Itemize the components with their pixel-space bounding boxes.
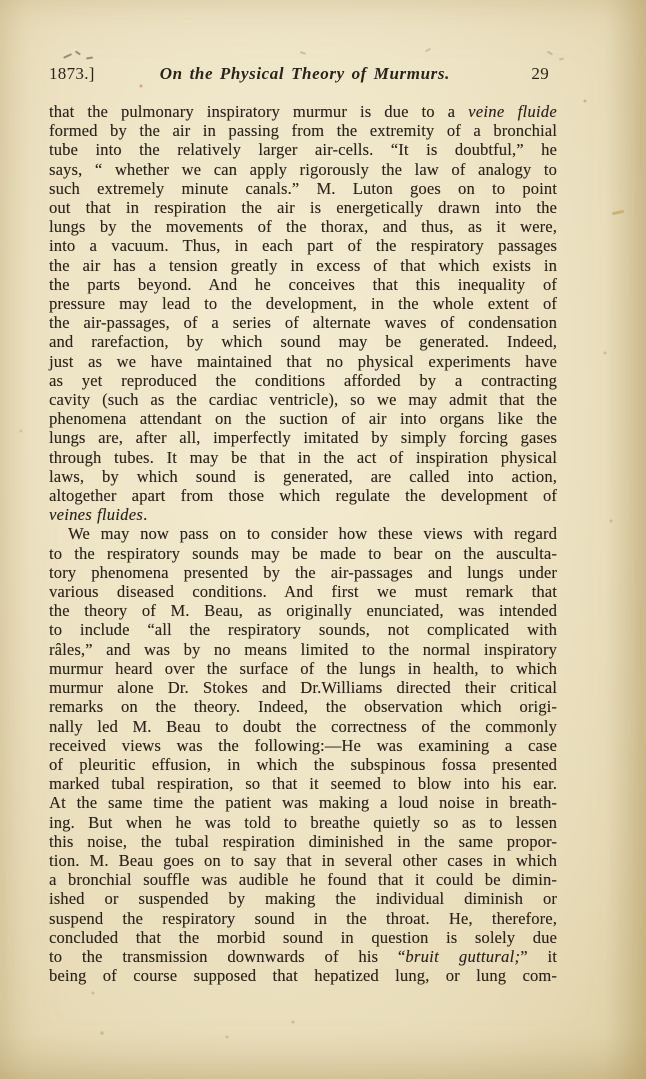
text-line: a bronchial souffle was audible he found… <box>49 870 557 889</box>
text-line: tion. M. Beau goes on to say that in sev… <box>49 851 557 870</box>
text-line: ing. But when he was told to breathe qui… <box>49 813 557 832</box>
text-line: being of course supposed that hepatized … <box>49 966 557 985</box>
text-line: concluded that the morbid sound in quest… <box>49 928 557 947</box>
pencil-mark <box>86 57 93 60</box>
text-line: various diseased conditions. And first w… <box>49 582 557 601</box>
text-line: out that in respiration the air is energ… <box>49 198 557 217</box>
text-line: and rarefaction, by which sound may be g… <box>49 332 557 351</box>
text-line: to the respiratory sounds may be made to… <box>49 544 557 563</box>
text-line: râles,” and was by no means limited to t… <box>49 640 557 659</box>
text-line: formed by the air in passing from the ex… <box>49 121 557 140</box>
page-header: 1873.] On the Physical Theory of Murmurs… <box>49 63 557 85</box>
paper-specks <box>0 0 2 2</box>
pencil-mark <box>63 53 72 58</box>
pencil-mark <box>425 48 431 52</box>
text-line: the theory of M. Beau, as originally enu… <box>49 601 557 620</box>
text-line: as yet reproduced the conditions afforde… <box>49 371 557 390</box>
text-line: tube into the relatively larger air-cell… <box>49 140 557 159</box>
text-line: pressure may lead to the development, in… <box>49 294 557 313</box>
text-line: lungs are, after all, imperfectly imitat… <box>49 428 557 447</box>
text-line: to include “all the respiratory sounds, … <box>49 620 557 639</box>
text-line: through tubes. It may be that in the act… <box>49 448 557 467</box>
text-line: the air has a tension greatly in excess … <box>49 256 557 275</box>
text-line: tory phenomena presented by the air-pass… <box>49 563 557 582</box>
text-line: of pleuritic effusion, in which the subs… <box>49 755 557 774</box>
text-line: At the same time the patient was making … <box>49 793 557 812</box>
page-body-text: that the pulmonary inspiratory murmur is… <box>49 102 557 985</box>
text-line: ished or suspended by making the individ… <box>49 889 557 908</box>
text-line: lungs by the movements of the thorax, an… <box>49 217 557 236</box>
text-line: veines fluides. <box>49 505 557 524</box>
running-title: On the Physical Theory of Murmurs. <box>95 63 515 85</box>
header-year-label: 1873.] <box>49 63 95 85</box>
text-line: murmur alone Dr. Stokes and Dr.Williams … <box>49 678 557 697</box>
text-line: such extremely minute canals.” M. Luton … <box>49 179 557 198</box>
text-line: the parts beyond. And he conceives that … <box>49 275 557 294</box>
pencil-mark <box>75 50 81 55</box>
text-line: just as we have maintained that no physi… <box>49 352 557 371</box>
page-number: 29 <box>515 63 557 85</box>
text-line: this noise, the tubal respiration dimini… <box>49 832 557 851</box>
text-line: nally led M. Beau to doubt the correctne… <box>49 717 557 736</box>
pencil-mark <box>547 51 553 55</box>
text-line: marked tubal respiration, so that it see… <box>49 774 557 793</box>
text-line: remarks on the theory. Indeed, the obser… <box>49 697 557 716</box>
text-line: suspend the respiratory sound in the thr… <box>49 909 557 928</box>
text-line: to the transmission downwards of his “br… <box>49 947 557 966</box>
text-line: cavity (such as the cardiac ventricle), … <box>49 390 557 409</box>
text-line: murmur heard over the surface of the lun… <box>49 659 557 678</box>
text-line: altogether apart from those which regula… <box>49 486 557 505</box>
text-line: into a vacuum. Thus, in each part of the… <box>49 236 557 255</box>
pencil-mark <box>559 57 564 60</box>
scanned-page: 1873.] On the Physical Theory of Murmurs… <box>0 0 646 1079</box>
text-line: that the pulmonary inspiratory murmur is… <box>49 102 557 121</box>
text-line: laws, by which sound is generated, are c… <box>49 467 557 486</box>
text-line: We may now pass on to consider how these… <box>49 524 557 543</box>
paper-fiber-speck <box>612 210 624 215</box>
text-line: phenomena attendant on the suction of ai… <box>49 409 557 428</box>
text-line: says, “ whether we can apply rigorously … <box>49 160 557 179</box>
text-line: received views was the following:—He was… <box>49 736 557 755</box>
text-line: the air-passages, of a series of alterna… <box>49 313 557 332</box>
pencil-mark <box>300 51 306 54</box>
